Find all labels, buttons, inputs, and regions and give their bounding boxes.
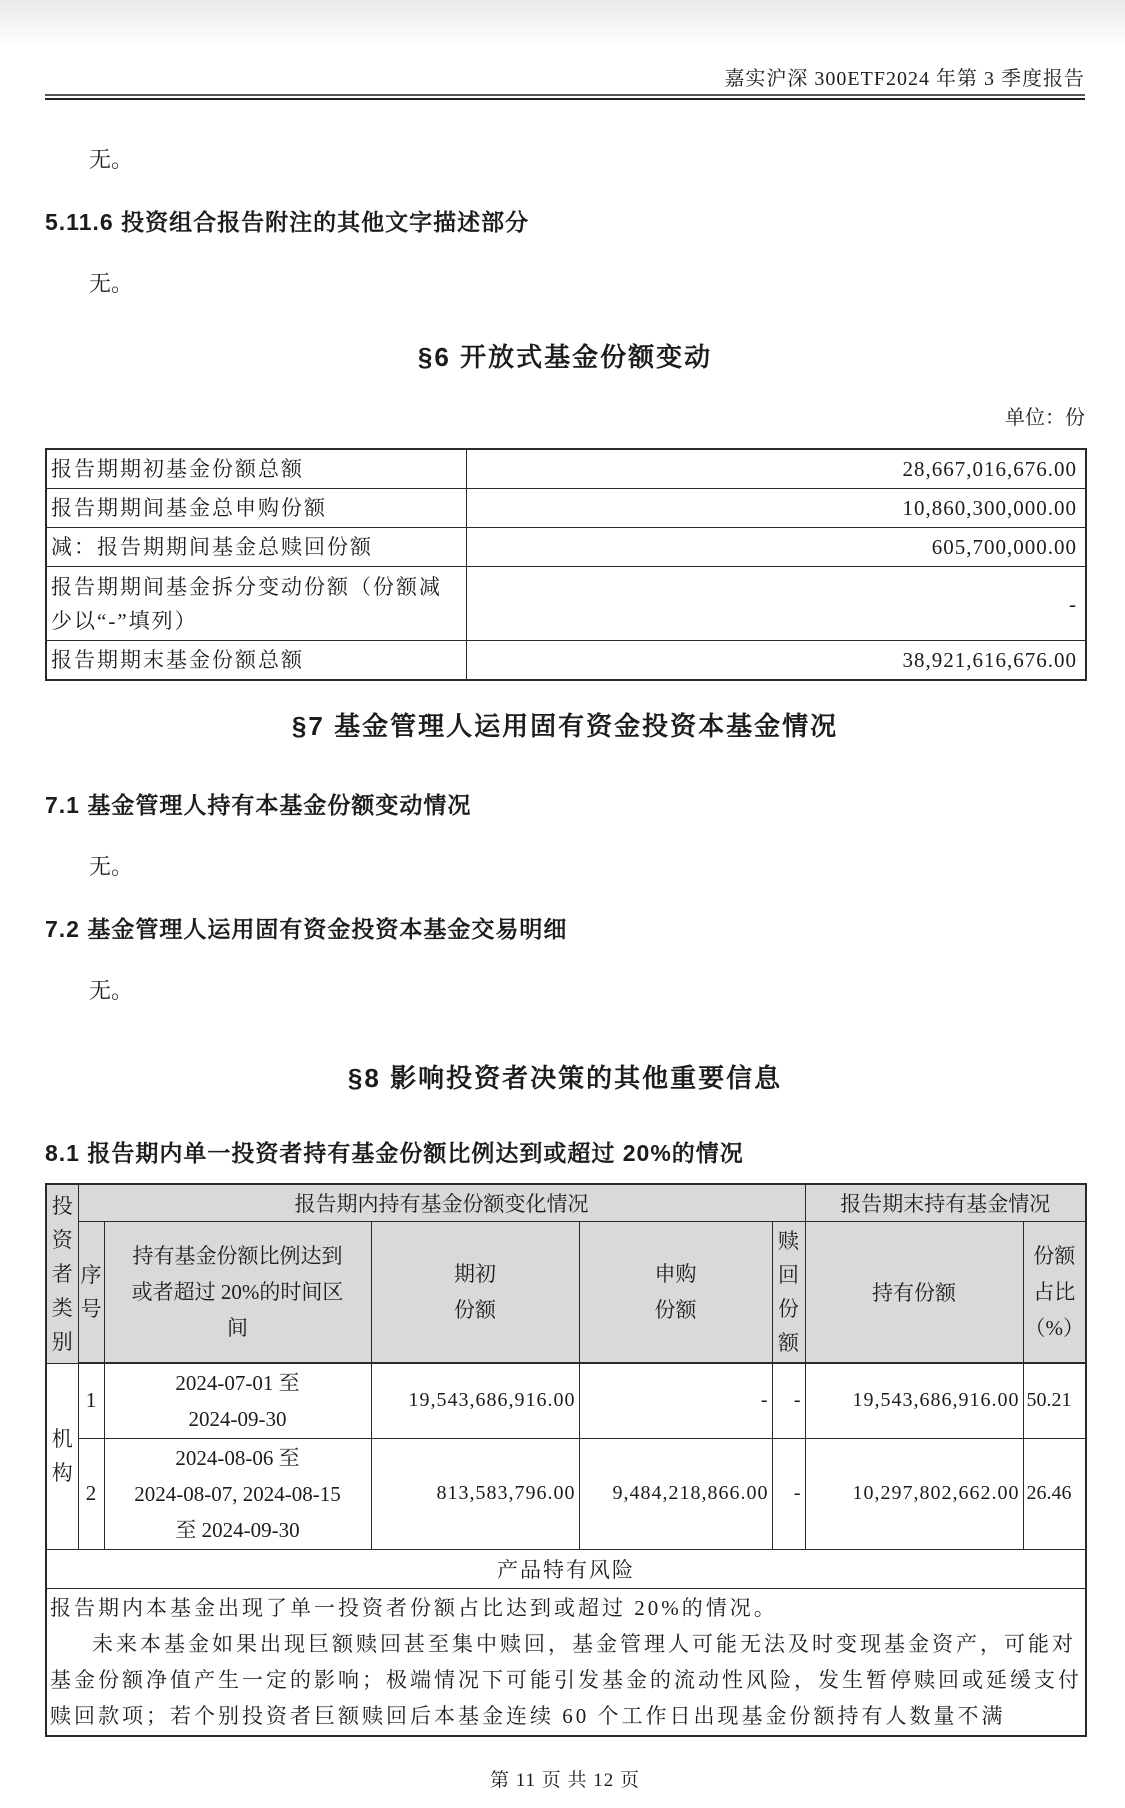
header-cell-period-change: 报告期内持有基金份额变化情况 bbox=[78, 1184, 805, 1221]
page-footer: 第 11 页 共 12 页 bbox=[45, 1765, 1085, 1792]
para-none-2: 无。 bbox=[45, 268, 1085, 300]
table-row: 报告期期末基金份额总额 38,921,616,676.00 bbox=[46, 641, 1086, 681]
cell-subscription: - bbox=[579, 1363, 772, 1438]
cell-redemption: - bbox=[772, 1363, 805, 1438]
header-row-columns: 序号 持有基金份额比例达到 或者超过 20%的时间区 间 期初 份额 申购 份额… bbox=[46, 1221, 1086, 1363]
header-cell-period-end: 报告期末持有基金情况 bbox=[805, 1184, 1086, 1221]
investor-holdings-table: 投资者类别 报告期内持有基金份额变化情况 报告期末持有基金情况 序号 持有基金份… bbox=[45, 1183, 1087, 1737]
unit-label: 单位：份 bbox=[45, 404, 1085, 432]
risk-text-cell: 报告期内本基金出现了单一投资者份额占比达到或超过 20%的情况。 未来本基金如果… bbox=[46, 1588, 1086, 1736]
risk-header-cell: 产品特有风险 bbox=[46, 1549, 1086, 1588]
cell-seq: 2 bbox=[78, 1438, 104, 1549]
cell-initial: 813,583,796.00 bbox=[371, 1438, 579, 1549]
header-cell-seq: 序号 bbox=[78, 1221, 104, 1363]
table-row: 报告期期间基金拆分变动份额（份额减少以“-”填列） - bbox=[46, 567, 1086, 641]
heading-section-7: §7 基金管理人运用固有资金投资本基金情况 bbox=[45, 707, 1085, 745]
report-page: { "page": { "header_title": "嘉实沪深 300ETF… bbox=[0, 0, 1125, 1808]
page-header-title: 嘉实沪深 300ETF2024 年第 3 季度报告 bbox=[45, 0, 1085, 90]
heading-section-6: §6 开放式基金份额变动 bbox=[45, 338, 1085, 376]
row-label-cell: 报告期期末基金份额总额 bbox=[46, 641, 466, 681]
table-row: 报告期期间基金总申购份额 10,860,300,000.00 bbox=[46, 489, 1086, 528]
heading-7-1: 7.1 基金管理人持有本基金份额变动情况 bbox=[45, 789, 1085, 821]
cell-initial: 19,543,686,916.00 bbox=[371, 1363, 579, 1438]
header-row-groups: 投资者类别 报告期内持有基金份额变化情况 报告期末持有基金情况 bbox=[46, 1184, 1086, 1221]
page-content: 嘉实沪深 300ETF2024 年第 3 季度报告 无。 5.11.6 投资组合… bbox=[45, 0, 1085, 1792]
table-row: 减：报告期期间基金总赎回份额 605,700,000.00 bbox=[46, 528, 1086, 567]
cell-subscription: 9,484,218,866.00 bbox=[579, 1438, 772, 1549]
header-rule-bottom bbox=[45, 98, 1085, 100]
table-row: 2 2024-08-06 至 2024-08-07, 2024-08-15 至 … bbox=[46, 1438, 1086, 1549]
cell-seq: 1 bbox=[78, 1363, 104, 1438]
header-cell-investor-type: 投资者类别 bbox=[46, 1184, 78, 1363]
row-label-cell: 报告期期初基金份额总额 bbox=[46, 449, 466, 489]
heading-7-2: 7.2 基金管理人运用固有资金投资本基金交易明细 bbox=[45, 913, 1085, 945]
cell-redemption: - bbox=[772, 1438, 805, 1549]
cell-ratio: 26.46 bbox=[1023, 1438, 1086, 1549]
row-value-cell: 38,921,616,676.00 bbox=[466, 641, 1086, 681]
risk-paragraph-2: 未来本基金如果出现巨额赎回甚至集中赎回，基金管理人可能无法及时变现基金资产，可能… bbox=[50, 1626, 1082, 1734]
row-value-cell: 28,667,016,676.00 bbox=[466, 449, 1086, 489]
header-rule bbox=[45, 94, 1085, 100]
header-cell-share-ratio: 份额 占比 （%） bbox=[1023, 1221, 1086, 1363]
table-row: 报告期期初基金份额总额 28,667,016,676.00 bbox=[46, 449, 1086, 489]
header-cell-redemption-shares: 赎回份额 bbox=[772, 1221, 805, 1363]
cell-period: 2024-08-06 至 2024-08-07, 2024-08-15 至 20… bbox=[104, 1438, 371, 1549]
row-value-cell: - bbox=[466, 567, 1086, 641]
row-label-cell: 报告期期间基金总申购份额 bbox=[46, 489, 466, 528]
risk-header-row: 产品特有风险 bbox=[46, 1549, 1086, 1588]
header-cell-initial-shares: 期初 份额 bbox=[371, 1221, 579, 1363]
header-cell-time-range: 持有基金份额比例达到 或者超过 20%的时间区 间 bbox=[104, 1221, 371, 1363]
para-none-1: 无。 bbox=[45, 144, 1085, 176]
header-cell-subscription-shares: 申购 份额 bbox=[579, 1221, 772, 1363]
cell-period: 2024-07-01 至 2024-09-30 bbox=[104, 1363, 371, 1438]
heading-5-11-6: 5.11.6 投资组合报告附注的其他文字描述部分 bbox=[45, 206, 1085, 238]
share-change-table: 报告期期初基金份额总额 28,667,016,676.00 报告期期间基金总申购… bbox=[45, 448, 1087, 681]
row-label-cell: 减：报告期期间基金总赎回份额 bbox=[46, 528, 466, 567]
row-value-cell: 605,700,000.00 bbox=[466, 528, 1086, 567]
heading-section-8: §8 影响投资者决策的其他重要信息 bbox=[45, 1059, 1085, 1097]
cell-investor-type: 机构 bbox=[46, 1363, 78, 1549]
para-none-3: 无。 bbox=[45, 851, 1085, 883]
header-rule-top bbox=[45, 94, 1085, 96]
risk-paragraph-1: 报告期内本基金出现了单一投资者份额占比达到或超过 20%的情况。 bbox=[50, 1590, 1082, 1626]
header-cell-holding-shares: 持有份额 bbox=[805, 1221, 1023, 1363]
cell-ratio: 50.21 bbox=[1023, 1363, 1086, 1438]
cell-holding: 19,543,686,916.00 bbox=[805, 1363, 1023, 1438]
row-value-cell: 10,860,300,000.00 bbox=[466, 489, 1086, 528]
cell-holding: 10,297,802,662.00 bbox=[805, 1438, 1023, 1549]
row-label-cell: 报告期期间基金拆分变动份额（份额减少以“-”填列） bbox=[46, 567, 466, 641]
table-row: 机构 1 2024-07-01 至 2024-09-30 19,543,686,… bbox=[46, 1363, 1086, 1438]
heading-8-1: 8.1 报告期内单一投资者持有基金份额比例达到或超过 20%的情况 bbox=[45, 1137, 1085, 1169]
risk-text-row: 报告期内本基金出现了单一投资者份额占比达到或超过 20%的情况。 未来本基金如果… bbox=[46, 1588, 1086, 1736]
para-none-4: 无。 bbox=[45, 975, 1085, 1007]
